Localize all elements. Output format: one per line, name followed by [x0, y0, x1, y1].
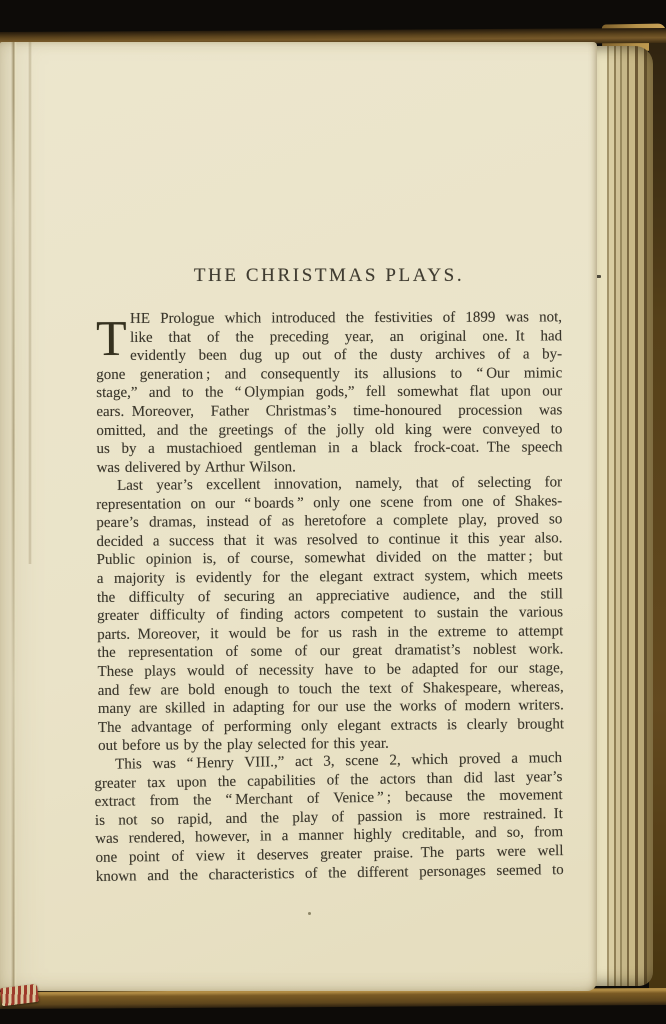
book-cover-edge-bottom [0, 988, 666, 1009]
text-line: omitted, and the greetings of the jolly … [96, 420, 562, 440]
text-line: evidently been dug up out of the dusty a… [96, 346, 562, 366]
dropcap-letter: T [96, 313, 127, 363]
book-scan: THE CHRISTMAS PLAYS. THE Prologue which … [0, 0, 666, 1024]
page-edge-stack [594, 46, 653, 986]
text-line: like that of the preceding year, an orig… [96, 327, 562, 347]
text-line: HE Prologue which introduced the festivi… [96, 308, 562, 328]
page-crease [11, 42, 17, 991]
paragraphs: THE Prologue which introduced the festiv… [96, 310, 562, 886]
book-page: THE CHRISTMAS PLAYS. THE Prologue which … [0, 42, 597, 991]
page-speck [308, 912, 311, 915]
paragraph: This was “ Henry VIII.,” act 3, scene 2,… [94, 749, 564, 886]
paragraph: THE Prologue which introduced the festiv… [96, 308, 563, 477]
page-title: THE CHRISTMAS PLAYS. [96, 264, 562, 288]
text-line: stage,” and to the “ Olympian gods,” fel… [96, 383, 562, 403]
paragraph: Last year’s excellent innovation, namely… [96, 474, 564, 757]
text-line: ears. Moreover, Father Christmas’s time-… [96, 401, 562, 421]
page-text: THE CHRISTMAS PLAYS. THE Prologue which … [96, 264, 562, 886]
text-line: gone generation ; and consequently its a… [96, 364, 562, 384]
text-line: us by a mustachioed gentleman in a black… [96, 439, 562, 459]
page-crease [28, 42, 32, 564]
